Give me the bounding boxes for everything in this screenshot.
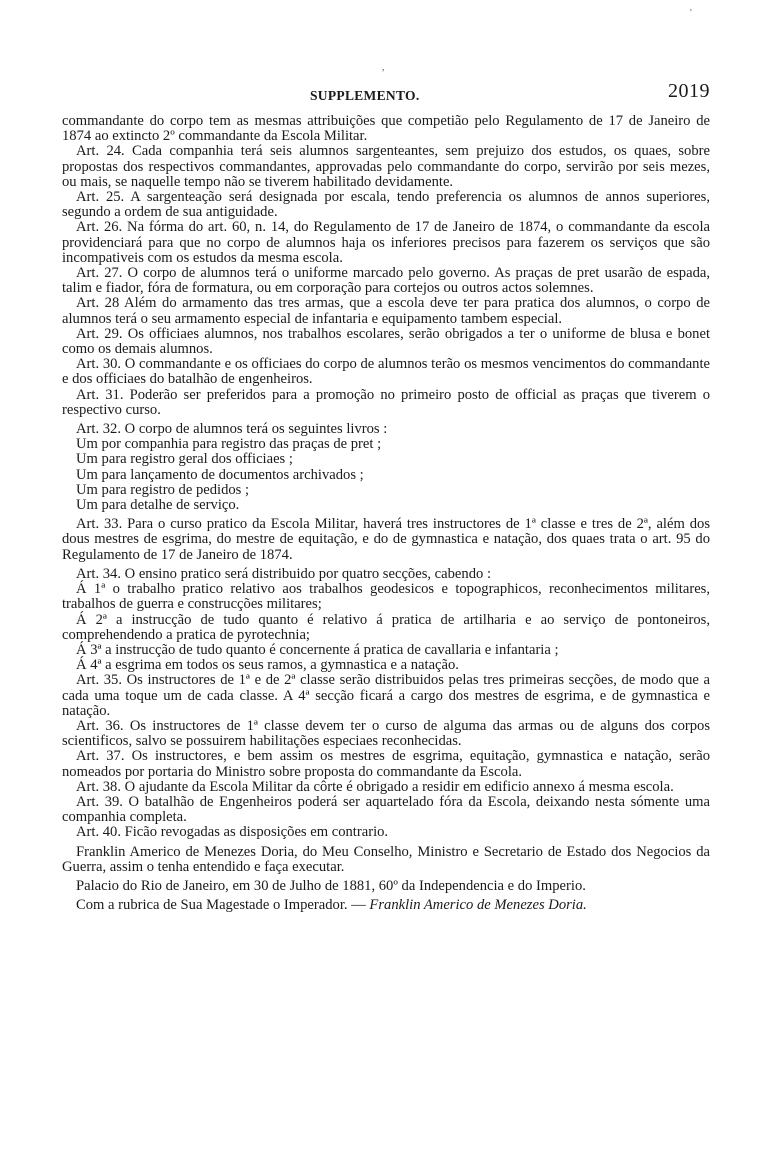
- article-30: Art. 30. O commandante e os officiaes do…: [62, 357, 710, 387]
- article-38: Art. 38. O ajudante da Escola Militar da…: [62, 780, 710, 795]
- page-number: 2019: [668, 84, 710, 99]
- scan-speck: ,: [382, 62, 385, 73]
- running-title: SUPPLEMENTO.: [310, 88, 420, 103]
- article-34: Art. 34. O ensino pratico será distribui…: [62, 567, 710, 582]
- article-28: Art. 28 Além do armamento das tres armas…: [62, 296, 710, 326]
- article-27: Art. 27. O corpo de alumnos terá o unifo…: [62, 266, 710, 296]
- article-29: Art. 29. Os officiaes alumnos, nos traba…: [62, 327, 710, 357]
- scan-speck: ': [690, 8, 692, 19]
- article-31: Art. 31. Poderão ser preferidos para a p…: [62, 388, 710, 418]
- rubric-text: Com a rubrica de Sua Magestade o Imperad…: [76, 897, 369, 913]
- signature: Franklin Americo de Menezes Doria.: [369, 897, 586, 913]
- article-24: Art. 24. Cada companhia terá seis alumno…: [62, 144, 710, 190]
- section-item: Á 2ª a instrucção de tudo quanto é relat…: [62, 613, 710, 643]
- list-item: Um para registro geral dos officiaes ;: [62, 452, 710, 467]
- list-item: Um por companhia para registro das praça…: [62, 437, 710, 452]
- article-32: Art. 32. O corpo de alumnos terá os segu…: [62, 422, 710, 437]
- page-header: SUPPLEMENTO. 2019: [62, 88, 710, 114]
- article-37: Art. 37. Os instructores, e bem assim os…: [62, 749, 710, 779]
- list-item: Um para lançamento de documentos archiva…: [62, 468, 710, 483]
- article-26: Art. 26. Na fórma do art. 60, n. 14, do …: [62, 220, 710, 266]
- article-33: Art. 33. Para o curso pratico da Escola …: [62, 517, 710, 563]
- closing-decree: Franklin Americo de Menezes Doria, do Me…: [62, 845, 710, 875]
- article-40: Art. 40. Ficão revogadas as disposições …: [62, 825, 710, 840]
- closing-date: Palacio do Rio de Janeiro, em 30 de Julh…: [62, 879, 710, 894]
- section-item: Á 3ª a instrucção de tudo quanto é conce…: [62, 643, 710, 658]
- paragraph-continuation: commandante do corpo tem as mesmas attri…: [62, 114, 710, 144]
- section-item: Á 1ª o trabalho pratico relativo aos tra…: [62, 582, 710, 612]
- article-25: Art. 25. A sargenteação será designada p…: [62, 190, 710, 220]
- article-36: Art. 36. Os instructores de 1ª classe de…: [62, 719, 710, 749]
- list-item: Um para detalhe de serviço.: [62, 498, 710, 513]
- article-35: Art. 35. Os instructores de 1ª e de 2ª c…: [62, 673, 710, 719]
- closing-rubric: Com a rubrica de Sua Magestade o Imperad…: [62, 898, 710, 913]
- list-item: Um para registro de pedidos ;: [62, 483, 710, 498]
- document-page: SUPPLEMENTO. 2019 commandante do corpo t…: [62, 88, 710, 913]
- section-item: Á 4ª a esgrima em todos os seus ramos, a…: [62, 658, 710, 673]
- article-39: Art. 39. O batalhão de Engenheiros poder…: [62, 795, 710, 825]
